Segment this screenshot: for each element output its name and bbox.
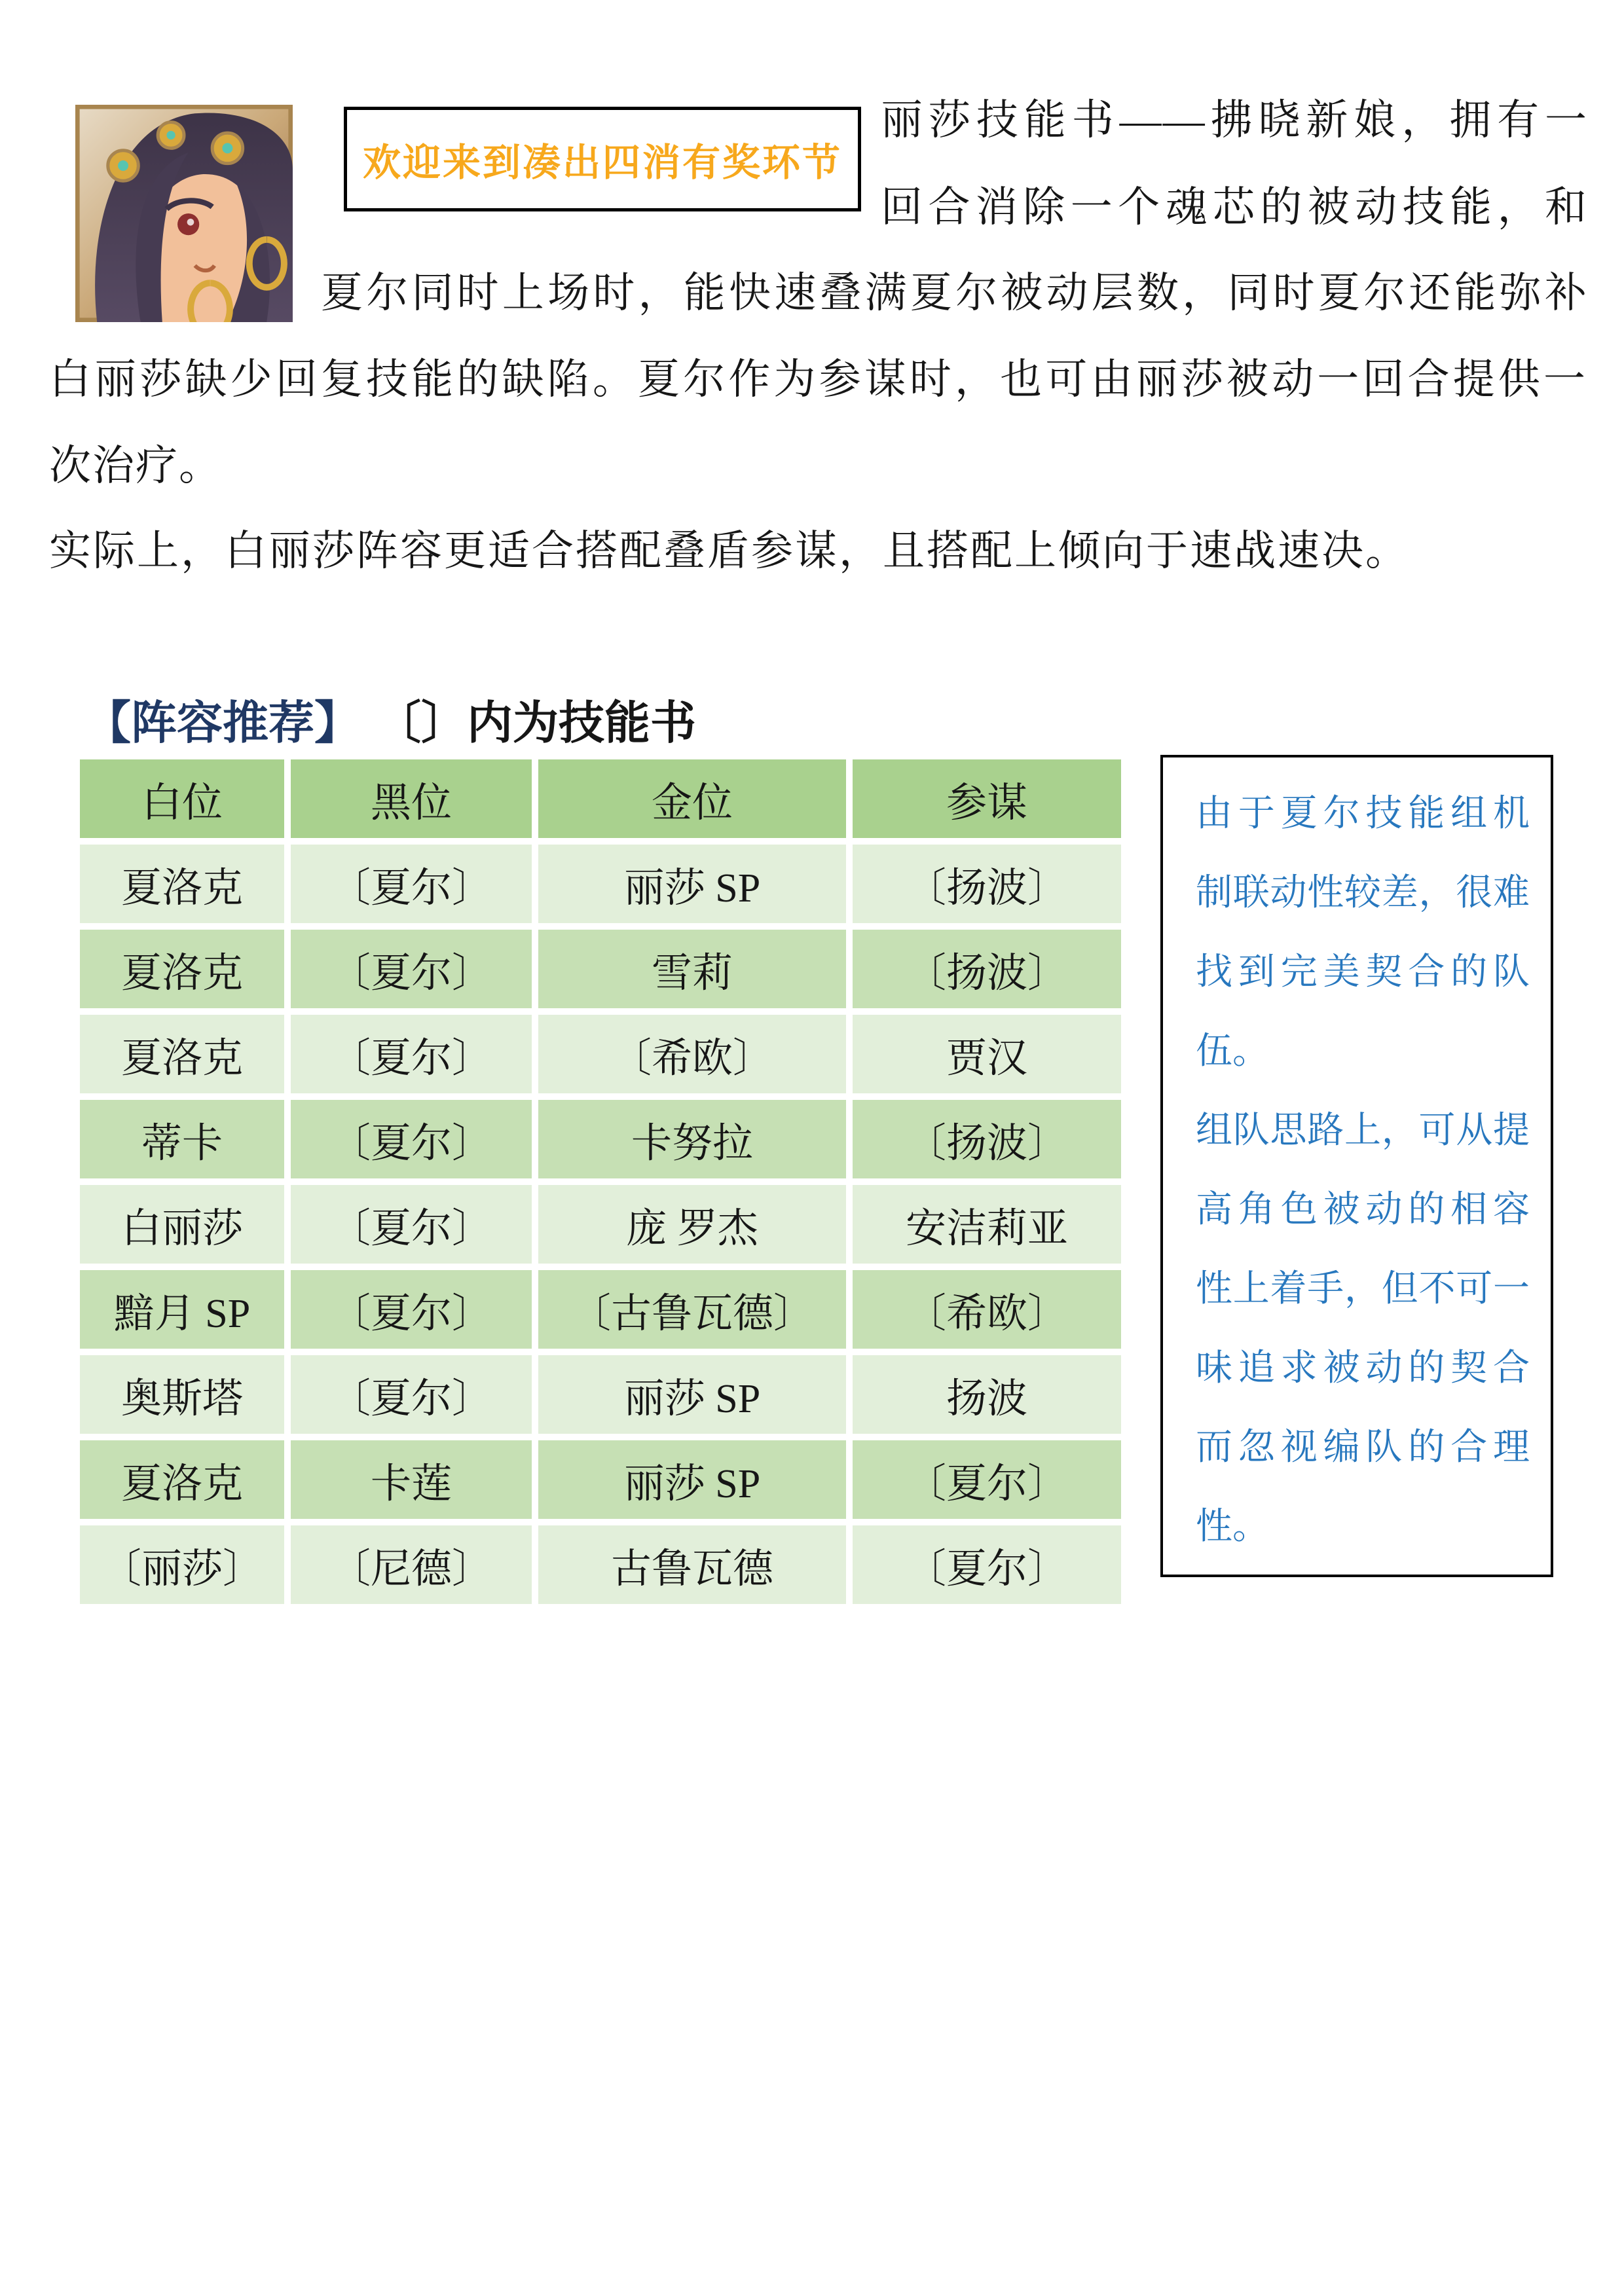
table-cell: 〔夏尔〕 xyxy=(853,1440,1121,1519)
table-cell: 〔希欧〕 xyxy=(853,1270,1121,1349)
table-cell: 〔夏尔〕 xyxy=(291,1100,532,1178)
table-cell: 白丽莎 xyxy=(80,1185,284,1264)
table-row: 奥斯塔〔夏尔〕丽莎 SP扬波 xyxy=(80,1355,1121,1434)
welcome-banner-box: 欢迎来到凑出四消有奖环节 xyxy=(344,107,861,211)
table-row: 〔丽莎〕〔尼德〕古鲁瓦德〔夏尔〕 xyxy=(80,1525,1121,1604)
side-note-line: 味追求被动的契合 xyxy=(1196,1329,1530,1408)
intro-line: 实际上，白丽莎阵容更适合搭配叠盾参谋，且搭配上倾向于速战速决。 xyxy=(49,528,1409,575)
table-cell: 〔夏尔〕 xyxy=(291,1355,532,1434)
table-row: 蒂卡〔夏尔〕卡努拉〔扬波〕 xyxy=(80,1100,1121,1178)
avatar xyxy=(75,105,293,322)
table-row: 夏洛克〔夏尔〕丽莎 SP〔扬波〕 xyxy=(80,845,1121,923)
side-note-line: 由于夏尔技能组机 xyxy=(1196,774,1530,854)
side-note-line: 制联动性较差，很难 xyxy=(1196,854,1530,933)
table-cell: 〔尼德〕 xyxy=(291,1525,532,1604)
header-row: 白位黑位金位参谋 xyxy=(80,759,1121,838)
table-cell: 〔扬波〕 xyxy=(853,845,1121,923)
side-note-line: 性上着手，但不可一 xyxy=(1196,1250,1530,1329)
column-header: 金位 xyxy=(538,759,846,838)
table-cell: 扬波 xyxy=(853,1355,1121,1434)
side-note-line: 性。 xyxy=(1196,1487,1530,1567)
lineup-table: 白位黑位金位参谋 夏洛克〔夏尔〕丽莎 SP〔扬波〕夏洛克〔夏尔〕雪莉〔扬波〕夏洛… xyxy=(73,753,1128,1611)
table-cell: 夏洛克 xyxy=(80,930,284,1008)
section-heading: 【阵容推荐】〔〕内为技能书 xyxy=(85,686,696,752)
side-note-line: 伍。 xyxy=(1196,1012,1530,1091)
table-row: 夏洛克〔夏尔〕雪莉〔扬波〕 xyxy=(80,930,1121,1008)
intro-line: 白丽莎缺少回复技能的缺陷。夏尔作为参谋时，也可由丽莎被动一回合提供一 xyxy=(49,356,1587,403)
table-cell: 丽莎 SP xyxy=(538,845,846,923)
intro-line: 丽莎技能书——拂晓新娘，拥有一 xyxy=(881,97,1588,144)
table-cell: 雪莉 xyxy=(538,930,846,1008)
table-cell: 〔夏尔〕 xyxy=(291,930,532,1008)
table-row: 黯月 SP〔夏尔〕〔古鲁瓦德〕〔希欧〕 xyxy=(80,1270,1121,1349)
table-cell: 庞 罗杰 xyxy=(538,1185,846,1264)
lineup-table-body: 夏洛克〔夏尔〕丽莎 SP〔扬波〕夏洛克〔夏尔〕雪莉〔扬波〕夏洛克〔夏尔〕〔希欧〕… xyxy=(80,845,1121,1604)
table-row: 白丽莎〔夏尔〕庞 罗杰安洁莉亚 xyxy=(80,1185,1121,1264)
intro-line: 次治疗。 xyxy=(49,443,222,490)
table-cell: 卡莲 xyxy=(291,1440,532,1519)
table-row: 夏洛克〔夏尔〕〔希欧〕贾汉 xyxy=(80,1015,1121,1093)
character-portrait-image xyxy=(75,105,293,322)
table-cell: 〔夏尔〕 xyxy=(291,1185,532,1264)
table-cell: 安洁莉亚 xyxy=(853,1185,1121,1264)
table-cell: 古鲁瓦德 xyxy=(538,1525,846,1604)
side-note-line: 组队思路上，可从提 xyxy=(1196,1091,1530,1171)
section-heading-note: 〔〕内为技能书 xyxy=(398,699,696,749)
table-cell: 〔夏尔〕 xyxy=(291,845,532,923)
table-cell: 夏洛克 xyxy=(80,845,284,923)
column-header: 参谋 xyxy=(853,759,1121,838)
side-note-line: 找到完美契合的队 xyxy=(1196,933,1530,1012)
column-header: 黑位 xyxy=(291,759,532,838)
column-header: 白位 xyxy=(80,759,284,838)
table-cell: 蒂卡 xyxy=(80,1100,284,1178)
table-cell: 〔夏尔〕 xyxy=(291,1015,532,1093)
table-cell: 奥斯塔 xyxy=(80,1355,284,1434)
table-cell: 卡努拉 xyxy=(538,1100,846,1178)
intro-line: 夏尔同时上场时，能快速叠满夏尔被动层数，同时夏尔还能弥补 xyxy=(321,270,1588,317)
table-cell: 〔夏尔〕 xyxy=(853,1525,1121,1604)
side-note-line: 高角色被动的相容 xyxy=(1196,1171,1530,1250)
table-cell: 黯月 SP xyxy=(80,1270,284,1349)
table-cell: 夏洛克 xyxy=(80,1015,284,1093)
table-cell: 〔古鲁瓦德〕 xyxy=(538,1270,846,1349)
table-cell: 丽莎 SP xyxy=(538,1440,846,1519)
document-page: 欢迎来到凑出四消有奖环节 丽莎技能书——拂晓新娘，拥有一回合消除一个魂芯的被动技… xyxy=(0,0,1624,2296)
table-cell: 丽莎 SP xyxy=(538,1355,846,1434)
side-note-line: 而忽视编队的合理 xyxy=(1196,1408,1530,1487)
side-note-box: 由于夏尔技能组机制联动性较差，很难找到完美契合的队伍。组队思路上，可从提高角色被… xyxy=(1160,755,1553,1577)
intro-line: 回合消除一个魂芯的被动技能，和 xyxy=(881,184,1588,231)
table-cell: 〔希欧〕 xyxy=(538,1015,846,1093)
table-cell: 〔扬波〕 xyxy=(853,930,1121,1008)
table-cell: 贾汉 xyxy=(853,1015,1121,1093)
lineup-table-header: 白位黑位金位参谋 xyxy=(80,759,1121,838)
table-cell: 〔夏尔〕 xyxy=(291,1270,532,1349)
table-row: 夏洛克卡莲丽莎 SP〔夏尔〕 xyxy=(80,1440,1121,1519)
table-cell: 〔丽莎〕 xyxy=(80,1525,284,1604)
section-heading-title: 【阵容推荐】 xyxy=(85,699,360,749)
table-cell: 〔扬波〕 xyxy=(853,1100,1121,1178)
welcome-banner-text: 欢迎来到凑出四消有奖环节 xyxy=(363,132,842,187)
table-cell: 夏洛克 xyxy=(80,1440,284,1519)
